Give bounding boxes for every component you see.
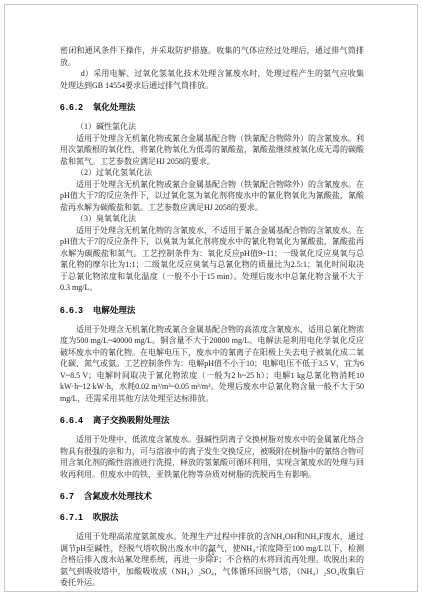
subsection-label-3: （3）臭氧氧化法 bbox=[60, 213, 364, 225]
section-number: 6.7 bbox=[60, 491, 75, 501]
section-title: 离子交换吸附处理法 bbox=[93, 415, 170, 425]
subsection-label-1: （1）碱性氯化法 bbox=[60, 121, 364, 133]
section-number: 6.6.4 bbox=[60, 415, 84, 425]
section-number: 6.6.2 bbox=[60, 102, 84, 112]
section-title: 吹脱法 bbox=[93, 512, 119, 522]
page-number: 11 bbox=[5, 548, 417, 557]
section-heading-6-7-1: 6.7.1吹脱法 bbox=[60, 512, 364, 522]
section-number: 6.7.1 bbox=[60, 512, 84, 522]
section-title: 含氮废水处理技术 bbox=[84, 491, 152, 501]
paragraph: 适用于处理含无机氰化物或氰合金属基配合物（铁氰配合物除外）的含氰废水。利用次氯酸… bbox=[60, 133, 364, 168]
document-body: 密闭和通风条件下操作，并采取防护措施。收集的气体应经过处理后，通过排气筒排放。 … bbox=[60, 45, 364, 589]
section-heading-6-6-3: 6.6.3电解处理法 bbox=[60, 305, 364, 315]
section-heading-6-6-4: 6.6.4离子交换吸附处理法 bbox=[60, 415, 364, 425]
section-heading-6-7: 6.7含氮废水处理技术 bbox=[60, 491, 364, 501]
paragraph: 适用于处理含无机氰化物或氰合金属基配合物（铁氰配合物除外）的含氰废水。在pH值大… bbox=[60, 179, 364, 214]
paragraph: 适用于处理中、低浓度含氰废水。强碱性阴离子交换树脂对废水中的金属氰化络合物具有很… bbox=[60, 434, 364, 480]
paragraph: 适用于处理高浓度氨氮废水。处理生产过程中排放的含NH₄OH和NH₄F废水，通过调… bbox=[60, 531, 364, 589]
list-item-d: d）采用电解、过氧化氢氧化技术处理含氰废水时，处理过程产生的氨气应收集处理达到G… bbox=[60, 68, 364, 91]
paragraph: 适用于处理含无机氰化物或氰合金属基配合物的高浓度含氰废水，适用总氰化物浓度为50… bbox=[60, 324, 364, 405]
section-title: 电解处理法 bbox=[93, 305, 136, 315]
subsection-label-2: （2）过氧化氢氧化法 bbox=[60, 167, 364, 179]
paragraph: 密闭和通风条件下操作，并采取防护措施。收集的气体应经过处理后，通过排气筒排放。 bbox=[60, 45, 364, 68]
section-title: 氧化处理法 bbox=[93, 102, 136, 112]
document-page: 密闭和通风条件下操作，并采取防护措施。收集的气体应经过处理后，通过排气筒排放。 … bbox=[4, 4, 418, 592]
section-heading-6-6-2: 6.6.2氧化处理法 bbox=[60, 102, 364, 112]
section-number: 6.6.3 bbox=[60, 305, 84, 315]
paragraph: 适用于处理含无机氰化物的含氰废水，不适用于氰合金属基配合物的含氰废水。在pH值大… bbox=[60, 225, 364, 294]
